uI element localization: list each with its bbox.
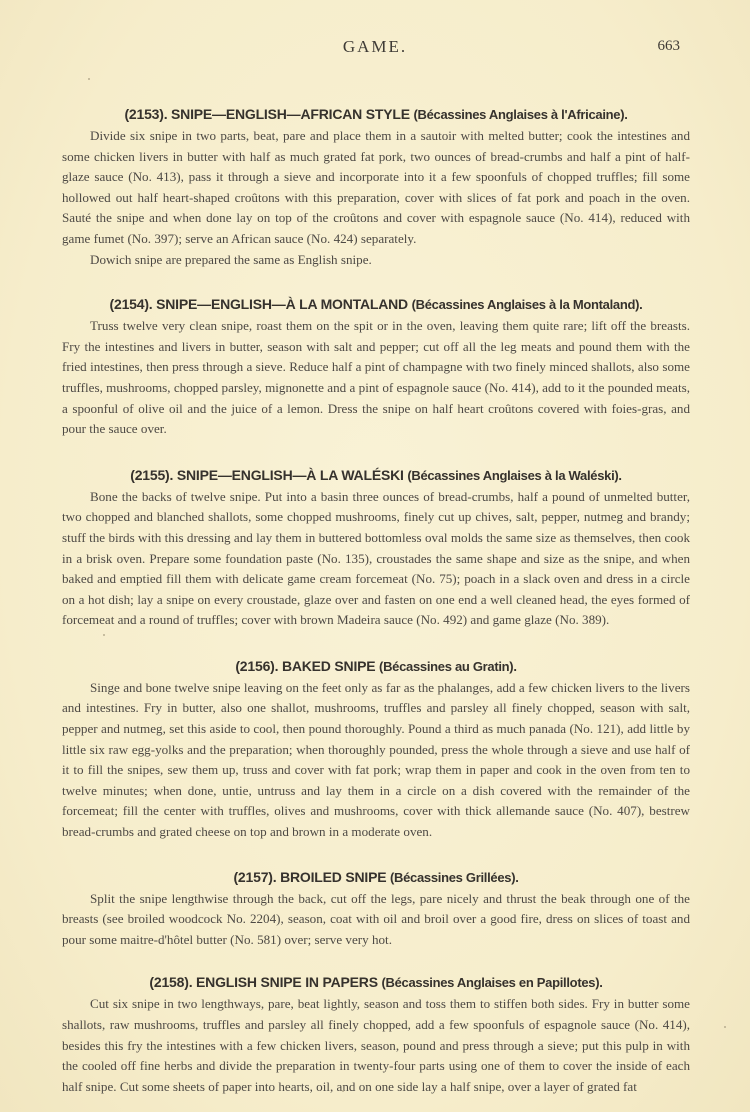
recipe-name: BAKED SNIPE bbox=[282, 658, 375, 674]
recipe-heading: (2155). SNIPE—ENGLISH—À LA WALÉSKI (Béca… bbox=[62, 465, 690, 486]
recipe-number: (2154). bbox=[110, 296, 153, 312]
recipe-2154: (2154). SNIPE—ENGLISH—À LA MONTALAND (Bé… bbox=[62, 294, 690, 440]
recipe-paragraph: Split the snipe lengthwise through the b… bbox=[62, 889, 690, 951]
recipe-paragraph: Dowich snipe are prepared the same as En… bbox=[62, 250, 690, 271]
page-content: (2153). SNIPE—ENGLISH—AFRICAN STYLE (Béc… bbox=[62, 80, 690, 1097]
recipe-name: ENGLISH SNIPE IN PAPERS bbox=[196, 974, 378, 990]
recipe-2153: (2153). SNIPE—ENGLISH—AFRICAN STYLE (Béc… bbox=[62, 104, 690, 270]
recipe-heading: (2157). BROILED SNIPE (Bécassines Grillé… bbox=[62, 867, 690, 888]
recipe-paragraph: Bone the backs of twelve snipe. Put into… bbox=[62, 487, 690, 631]
recipe-french-name: (Bécassines Anglaises à la Montaland). bbox=[412, 297, 643, 312]
recipe-french-name: (Bécassines Grillées). bbox=[390, 870, 519, 885]
recipe-heading: (2153). SNIPE—ENGLISH—AFRICAN STYLE (Béc… bbox=[62, 104, 690, 125]
recipe-number: (2158). bbox=[149, 974, 192, 990]
paper-speck bbox=[724, 1026, 726, 1028]
recipe-paragraph: Divide six snipe in two parts, beat, par… bbox=[62, 126, 690, 250]
recipe-name: BROILED SNIPE bbox=[280, 869, 386, 885]
paper-speck bbox=[342, 1090, 344, 1092]
recipe-name: SNIPE—ENGLISH—AFRICAN STYLE bbox=[171, 106, 410, 122]
running-head: GAME. 663 bbox=[0, 37, 750, 59]
recipe-paragraph: Cut six snipe in two lengthways, pare, b… bbox=[62, 994, 690, 1097]
recipe-number: (2155). bbox=[130, 467, 173, 483]
paper-speck bbox=[88, 78, 90, 80]
recipe-heading: (2156). BAKED SNIPE (Bécassines au Grati… bbox=[62, 656, 690, 677]
paper-speck bbox=[103, 634, 105, 636]
recipe-2155: (2155). SNIPE—ENGLISH—À LA WALÉSKI (Béca… bbox=[62, 465, 690, 631]
recipe-heading: (2154). SNIPE—ENGLISH—À LA MONTALAND (Bé… bbox=[62, 294, 690, 315]
recipe-number: (2156). bbox=[235, 658, 278, 674]
recipe-2156: (2156). BAKED SNIPE (Bécassines au Grati… bbox=[62, 656, 690, 843]
recipe-heading: (2158). ENGLISH SNIPE IN PAPERS (Bécassi… bbox=[62, 972, 690, 993]
recipe-paragraph: Singe and bone twelve snipe leaving on t… bbox=[62, 678, 690, 843]
book-page: GAME. 663 (2153). SNIPE—ENGLISH—AFRICAN … bbox=[0, 0, 750, 1112]
recipe-name: SNIPE—ENGLISH—À LA MONTALAND bbox=[156, 296, 408, 312]
recipe-number: (2157). bbox=[233, 869, 276, 885]
recipe-2157: (2157). BROILED SNIPE (Bécassines Grillé… bbox=[62, 867, 690, 951]
recipe-french-name: (Bécassines Anglaises à l'Africaine). bbox=[414, 107, 628, 122]
recipe-2158: (2158). ENGLISH SNIPE IN PAPERS (Bécassi… bbox=[62, 972, 690, 1097]
page-number: 663 bbox=[658, 38, 681, 55]
running-title: GAME. bbox=[0, 37, 750, 57]
recipe-french-name: (Bécassines Anglaises à la Waléski). bbox=[407, 468, 621, 483]
recipe-paragraph: Truss twelve very clean snipe, roast the… bbox=[62, 316, 690, 440]
recipe-name: SNIPE—ENGLISH—À LA WALÉSKI bbox=[177, 467, 404, 483]
recipe-french-name: (Bécassines Anglaises en Papillotes). bbox=[381, 975, 602, 990]
recipe-number: (2153). bbox=[124, 106, 167, 122]
recipe-french-name: (Bécassines au Gratin). bbox=[379, 659, 517, 674]
